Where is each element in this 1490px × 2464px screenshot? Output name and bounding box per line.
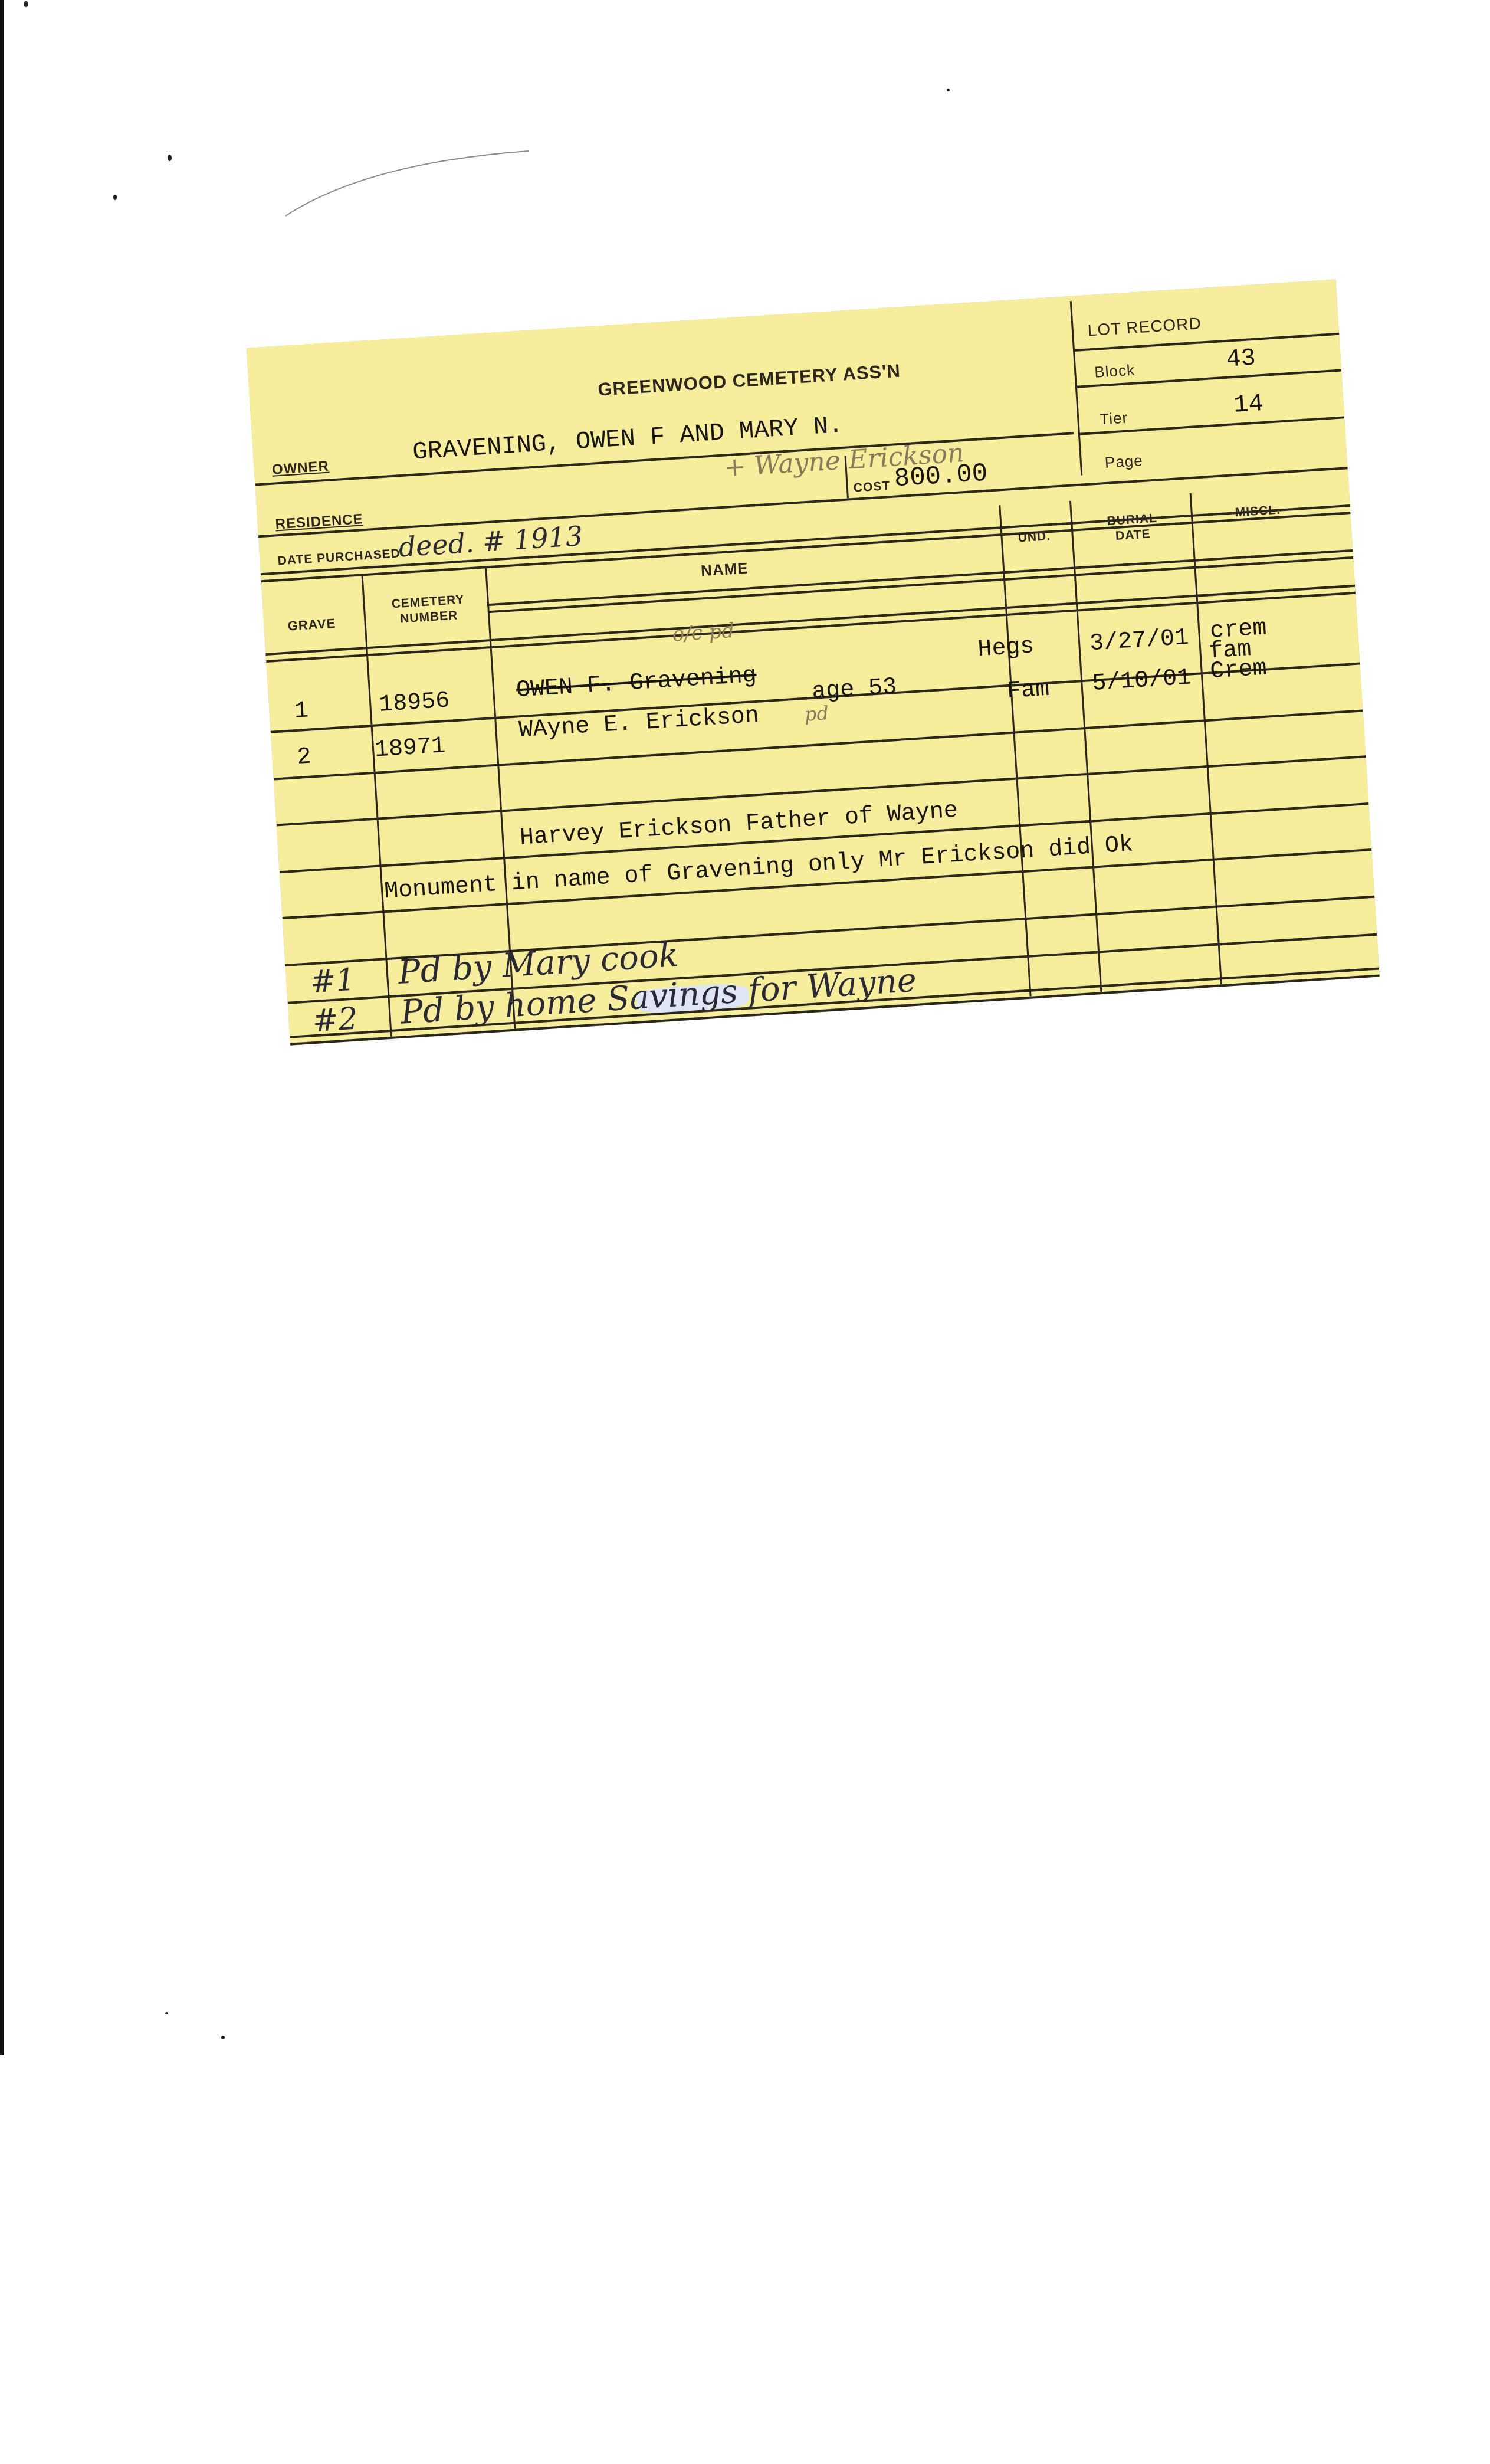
lot-record-heading: LOT RECORD <box>1087 314 1202 340</box>
lot-record-card: GREENWOOD CEMETERY ASS'N LOT RECORD Bloc… <box>247 280 1379 1043</box>
row1-cemetery-number: 18956 <box>378 688 451 719</box>
row1-burial-date: 3/27/01 <box>1089 625 1190 657</box>
cost-value: 800.00 <box>894 459 989 494</box>
payment-ref-1: #1 <box>309 962 356 1001</box>
col-header-name: NAME <box>700 559 749 580</box>
page-label: Page <box>1104 451 1144 472</box>
col-header-und: UND. <box>1018 529 1051 545</box>
scan-speck <box>24 1 28 7</box>
col-header-burial-date: BURIAL DATE <box>1100 510 1166 545</box>
row2-und: Fam <box>1006 676 1051 705</box>
association-title: GREENWOOD CEMETERY ASS'N <box>597 360 901 400</box>
row2-paid-note: pd <box>804 702 829 725</box>
col-header-grave: GRAVE <box>287 615 336 634</box>
row1-grave: 1 <box>293 698 309 725</box>
col-header-cemetery-number: CEMETERY NUMBER <box>386 592 471 628</box>
header-annotation: o/c pd <box>672 619 736 647</box>
scan-border <box>0 0 4 2055</box>
row1-name: OWEN F. Gravening <box>516 663 757 705</box>
row2-cemetery-number: 18971 <box>374 733 447 764</box>
pencil-stray-mark <box>283 148 531 218</box>
scan-speck <box>113 195 117 200</box>
owner-label: OWNER <box>271 458 330 479</box>
block-label: Block <box>1094 361 1135 382</box>
row2-miscl: fam Crem <box>1209 637 1299 682</box>
row2-age: age 53 <box>811 674 898 706</box>
block-value: 43 <box>1225 344 1256 374</box>
row2-burial-date: 5/10/01 <box>1091 665 1192 697</box>
scan-speck <box>165 2012 168 2014</box>
scan-speck <box>168 155 172 161</box>
tier-value: 14 <box>1233 389 1264 420</box>
col-header-miscl: MISCL. <box>1235 503 1281 520</box>
cost-label: COST <box>853 479 891 496</box>
row2-grave: 2 <box>296 744 312 771</box>
scan-speck <box>947 89 950 91</box>
scan-speck <box>221 2036 225 2039</box>
tier-label: Tier <box>1099 408 1128 428</box>
row1-und: Hegs <box>977 633 1035 663</box>
col-divider <box>362 575 392 1037</box>
